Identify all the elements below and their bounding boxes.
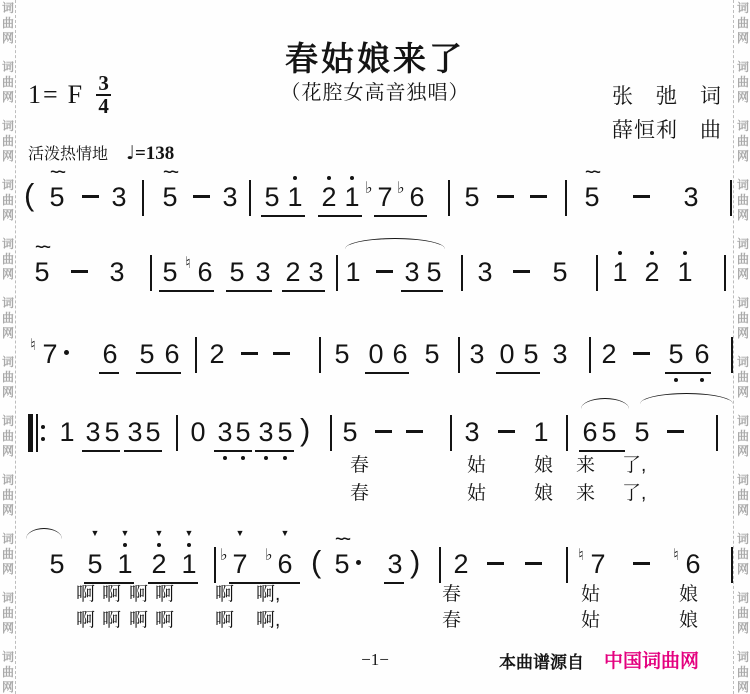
flat-icon: ♭: [397, 180, 405, 196]
watermark-char: 词: [737, 2, 749, 14]
underline-beam: [374, 215, 427, 217]
underline-beam: [124, 450, 162, 452]
sheet-music-page: 词曲网词曲网词曲网词曲网词曲网词曲网词曲网词曲网词曲网词曲网词曲网词曲网 词曲网…: [0, 0, 750, 694]
repeat-sign: [41, 437, 45, 441]
lyric-syllable: 啊: [215, 610, 234, 632]
note: 3: [108, 258, 126, 286]
note: 5~~: [333, 550, 351, 578]
lyric-syllable: 娘: [679, 584, 698, 606]
note: 2: [284, 258, 302, 286]
barline: [731, 547, 733, 583]
watermark-char: 网: [737, 681, 749, 693]
lyric-syllable: 来: [576, 455, 595, 477]
note: 7♭: [376, 183, 394, 211]
barline: [458, 337, 460, 373]
watermark-char: 网: [2, 150, 14, 162]
repeat-sign: [41, 425, 45, 429]
lyric-syllable: 春: [350, 455, 369, 477]
lyric-syllable: 了,: [622, 483, 646, 505]
lyricist-credit: 张 弛 词: [612, 80, 732, 110]
note: 3: [476, 258, 494, 286]
watermark-char: 词: [2, 2, 14, 14]
note: 3: [126, 418, 144, 446]
duration-dash: [498, 430, 515, 433]
barline: [336, 255, 338, 291]
accent-icon: ▼: [281, 529, 290, 538]
duration-dash: [667, 430, 684, 433]
tremolo-icon: ~~: [585, 167, 599, 179]
note: 5: [333, 340, 351, 368]
note: 1: [611, 258, 629, 286]
note: 7♮: [41, 340, 59, 368]
underline-beam: [318, 215, 362, 217]
barline: [716, 415, 718, 451]
duration-dash: [497, 195, 514, 198]
note: 6: [693, 340, 711, 368]
watermark-char: 曲: [737, 312, 749, 324]
watermark-char: 词: [737, 533, 749, 545]
lyric-syllable: 姑: [581, 610, 600, 632]
rest-note: 0: [367, 340, 385, 368]
lyric-syllable: 啊: [76, 584, 95, 606]
duration-dash: [241, 352, 258, 355]
octave-dot-above: [187, 543, 191, 547]
note: 5: [463, 183, 481, 211]
note: 3: [254, 258, 272, 286]
slur-arc: [26, 528, 62, 539]
barline: [195, 337, 197, 373]
note: 3: [551, 340, 569, 368]
accent-icon: ▼: [121, 529, 130, 538]
note: 1: [343, 183, 361, 211]
barline: [450, 415, 452, 451]
watermark-char: 网: [737, 327, 749, 339]
rest-note: 0: [498, 340, 516, 368]
note: 3: [221, 183, 239, 211]
slur-arc: [345, 238, 445, 249]
note: 6♮: [684, 550, 702, 578]
key-letter: F: [68, 80, 84, 110]
lyric-row: 春姑娘来了,: [0, 455, 750, 479]
duration-dash: [273, 352, 290, 355]
note: 1: [344, 258, 362, 286]
note: 5: [522, 340, 540, 368]
lyric-syllable: 姑: [467, 455, 486, 477]
barline: [150, 255, 152, 291]
underline-beam: [226, 290, 272, 292]
note: 2: [643, 258, 661, 286]
rest-note: 0: [189, 418, 207, 446]
note: 5: [234, 418, 252, 446]
barline: [142, 180, 144, 216]
note: 1: [286, 183, 304, 211]
accent-icon: ▼: [236, 529, 245, 538]
flat-icon: ♭: [265, 547, 273, 563]
note: 5: [341, 418, 359, 446]
lyric-syllable: 啊: [155, 584, 174, 606]
duration-dash: [193, 195, 210, 198]
time-signature: 3 4: [96, 74, 111, 116]
watermark-char: 词: [2, 120, 14, 132]
barline: [176, 415, 178, 451]
note: 2▼: [150, 550, 168, 578]
octave-dot-above: [293, 176, 297, 180]
note: 5: [551, 258, 569, 286]
lyric-syllable: 春: [442, 610, 461, 632]
lyric-syllable: 娘: [534, 483, 553, 505]
barline: [439, 547, 441, 583]
page-number: −1−: [340, 650, 410, 670]
note: 3: [257, 418, 275, 446]
note: 6♭▼: [276, 550, 294, 578]
note: 1: [532, 418, 550, 446]
duration-dash: [633, 352, 650, 355]
duration-dash: [406, 430, 423, 433]
watermark-char: 词: [2, 238, 14, 250]
quarter-note-icon: ♩: [126, 142, 135, 164]
barline: [566, 415, 568, 451]
watermark-char: 网: [737, 150, 749, 162]
augmentation-dot: [356, 560, 361, 565]
key-prefix: 1=: [28, 80, 60, 110]
note: 6♮: [196, 258, 214, 286]
barline: [724, 255, 726, 291]
watermark-char: 词: [737, 120, 749, 132]
score-line: (5~~35~~351217♭6♭55~~3: [0, 183, 750, 233]
tremolo-icon: ~~: [35, 242, 49, 254]
parenthesis: (: [311, 545, 321, 579]
composer-credit: 薛恒利 曲: [612, 114, 732, 144]
underline-beam: [365, 372, 409, 374]
note: 2: [452, 550, 470, 578]
octave-dot-above: [650, 251, 654, 255]
accent-icon: ▼: [185, 529, 194, 538]
octave-dot-below: [674, 378, 678, 382]
duration-dash: [376, 270, 393, 273]
watermark-char: 曲: [737, 666, 749, 678]
note: 2: [208, 340, 226, 368]
barline: [730, 180, 732, 216]
watermark-char: 词: [2, 533, 14, 545]
watermark-char: 曲: [2, 666, 14, 678]
barline: [596, 255, 598, 291]
note: 6: [101, 340, 119, 368]
note: 2: [600, 340, 618, 368]
parenthesis: ): [300, 413, 310, 447]
note: 1▼: [180, 550, 198, 578]
score-line: 7♮656250653053256: [0, 340, 750, 390]
note: 3: [386, 550, 404, 578]
underline-beam: [255, 450, 294, 452]
lyric-syllable: 来: [576, 483, 595, 505]
note: 5: [423, 340, 441, 368]
underline-beam: [665, 372, 711, 374]
underline-beam: [579, 450, 625, 452]
lyric-syllable: 啊: [102, 584, 121, 606]
repeat-sign: [36, 414, 38, 452]
note: 3: [463, 418, 481, 446]
underline-beam: [261, 215, 305, 217]
note: 3: [403, 258, 421, 286]
natural-icon: ♮: [673, 547, 679, 563]
note: 5~~: [583, 183, 601, 211]
song-title: 春姑娘来了: [0, 33, 750, 80]
flat-icon: ♭: [365, 180, 373, 196]
flat-icon: ♭: [220, 547, 228, 563]
lyric-syllable: 春: [350, 483, 369, 505]
note: 5: [633, 418, 651, 446]
tremolo-icon: ~~: [163, 167, 177, 179]
octave-dot-above: [683, 251, 687, 255]
duration-dash: [71, 270, 88, 273]
lyric-syllable: 娘: [534, 455, 553, 477]
duration-dash: [633, 195, 650, 198]
duration-dash: [530, 195, 547, 198]
note: 5: [276, 418, 294, 446]
duration-dash: [633, 562, 650, 565]
barline: [565, 180, 567, 216]
note: 1▼: [116, 550, 134, 578]
underline-beam: [496, 372, 540, 374]
duration-dash: [487, 562, 504, 565]
repeat-sign: [28, 414, 33, 452]
lyric-syllable: 了,: [622, 455, 646, 477]
watermark-char: 词: [737, 651, 749, 663]
barline: [589, 337, 591, 373]
lyric-syllable: 春: [442, 584, 461, 606]
note: 5: [161, 258, 179, 286]
octave-dot-above: [618, 251, 622, 255]
underline-beam: [401, 290, 443, 292]
note: 5: [103, 418, 121, 446]
watermark-char: 曲: [737, 17, 749, 29]
natural-icon: ♮: [578, 547, 584, 563]
lyric-syllable: 啊: [215, 584, 234, 606]
accent-icon: ▼: [91, 529, 100, 538]
watermark-char: 词: [2, 651, 14, 663]
parenthesis: (: [24, 178, 34, 212]
lyric-syllable: 啊: [129, 584, 148, 606]
note: 2: [320, 183, 338, 211]
octave-dot-above: [157, 543, 161, 547]
lyric-row: 啊啊啊啊啊啊,春姑娘: [0, 584, 750, 608]
note: 7♮: [589, 550, 607, 578]
watermark-char: 曲: [737, 135, 749, 147]
note: 5: [600, 418, 618, 446]
note: 5: [263, 183, 281, 211]
note: 3: [682, 183, 700, 211]
lyric-row: 啊啊啊啊啊啊,春姑娘: [0, 610, 750, 634]
source-prefix: 本曲谱源自: [499, 648, 584, 673]
note: 5: [48, 550, 66, 578]
tempo-value: =138: [135, 143, 174, 164]
tremolo-icon: ~~: [335, 534, 349, 546]
note: 6: [581, 418, 599, 446]
watermark-char: 词: [737, 238, 749, 250]
barline: [448, 180, 450, 216]
note: 5: [228, 258, 246, 286]
lyric-syllable: 啊: [155, 610, 174, 632]
note: 3: [110, 183, 128, 211]
note: 3: [84, 418, 102, 446]
note: 5: [667, 340, 685, 368]
augmentation-dot: [64, 350, 69, 355]
tempo-text: 活泼热情地: [28, 146, 108, 163]
octave-dot-above: [350, 176, 354, 180]
lyric-syllable: 啊,: [256, 610, 280, 632]
lyric-syllable: 啊: [102, 610, 121, 632]
duration-dash: [525, 562, 542, 565]
barline: [249, 180, 251, 216]
lyric-syllable: 娘: [679, 610, 698, 632]
note: 5▼: [86, 550, 104, 578]
note: 5~~: [161, 183, 179, 211]
note: 3: [216, 418, 234, 446]
slur-arc: [581, 398, 629, 409]
watermark-char: 网: [2, 681, 14, 693]
note: 5: [425, 258, 443, 286]
barline: [566, 547, 568, 583]
duration-dash: [82, 195, 99, 198]
note: 6: [391, 340, 409, 368]
watermark-char: 曲: [2, 17, 14, 29]
lyric-syllable: 啊,: [256, 584, 280, 606]
time-denominator: 4: [98, 97, 109, 116]
barline: [731, 337, 733, 373]
note: 1: [676, 258, 694, 286]
parenthesis: ): [410, 545, 420, 579]
barline: [319, 337, 321, 373]
duration-dash: [513, 270, 530, 273]
score-line: 5~~356♮532313535121: [0, 258, 750, 308]
note: 5: [144, 418, 162, 446]
natural-icon: ♮: [185, 255, 191, 271]
lyric-row: 春姑娘来了,: [0, 483, 750, 507]
barline: [461, 255, 463, 291]
lyric-syllable: 啊: [129, 610, 148, 632]
lyric-syllable: 啊: [76, 610, 95, 632]
underline-beam: [282, 290, 325, 292]
octave-dot-above: [123, 543, 127, 547]
barline: [214, 547, 216, 583]
time-numerator: 3: [98, 74, 109, 93]
key-signature: 1= F 3 4: [28, 74, 111, 116]
note: 5: [138, 340, 156, 368]
underline-beam: [82, 450, 120, 452]
underline-beam: [99, 372, 119, 374]
octave-dot-above: [327, 176, 331, 180]
octave-dot-below: [700, 378, 704, 382]
barline: [330, 415, 332, 451]
accent-icon: ▼: [155, 529, 164, 538]
note: 3: [468, 340, 486, 368]
note: 6: [163, 340, 181, 368]
duration-dash: [375, 430, 392, 433]
note: 1: [58, 418, 76, 446]
note: 5~~: [48, 183, 66, 211]
watermark-char: 曲: [2, 135, 14, 147]
underline-beam: [214, 450, 252, 452]
lyric-syllable: 姑: [581, 584, 600, 606]
watermark-char: 网: [2, 327, 14, 339]
underline-beam: [136, 372, 181, 374]
tremolo-icon: ~~: [50, 167, 64, 179]
note: 3: [307, 258, 325, 286]
note: 7♭▼: [231, 550, 249, 578]
lyric-syllable: 姑: [467, 483, 486, 505]
underline-beam: [159, 290, 214, 292]
natural-icon: ♮: [30, 337, 36, 353]
source-name-link[interactable]: 中国词曲网: [604, 646, 699, 673]
watermark-char: 曲: [2, 312, 14, 324]
note: 5~~: [33, 258, 51, 286]
note: 6♭: [408, 183, 426, 211]
tempo-marking: 活泼热情地♩=138: [28, 141, 174, 165]
slur-arc: [640, 393, 733, 404]
